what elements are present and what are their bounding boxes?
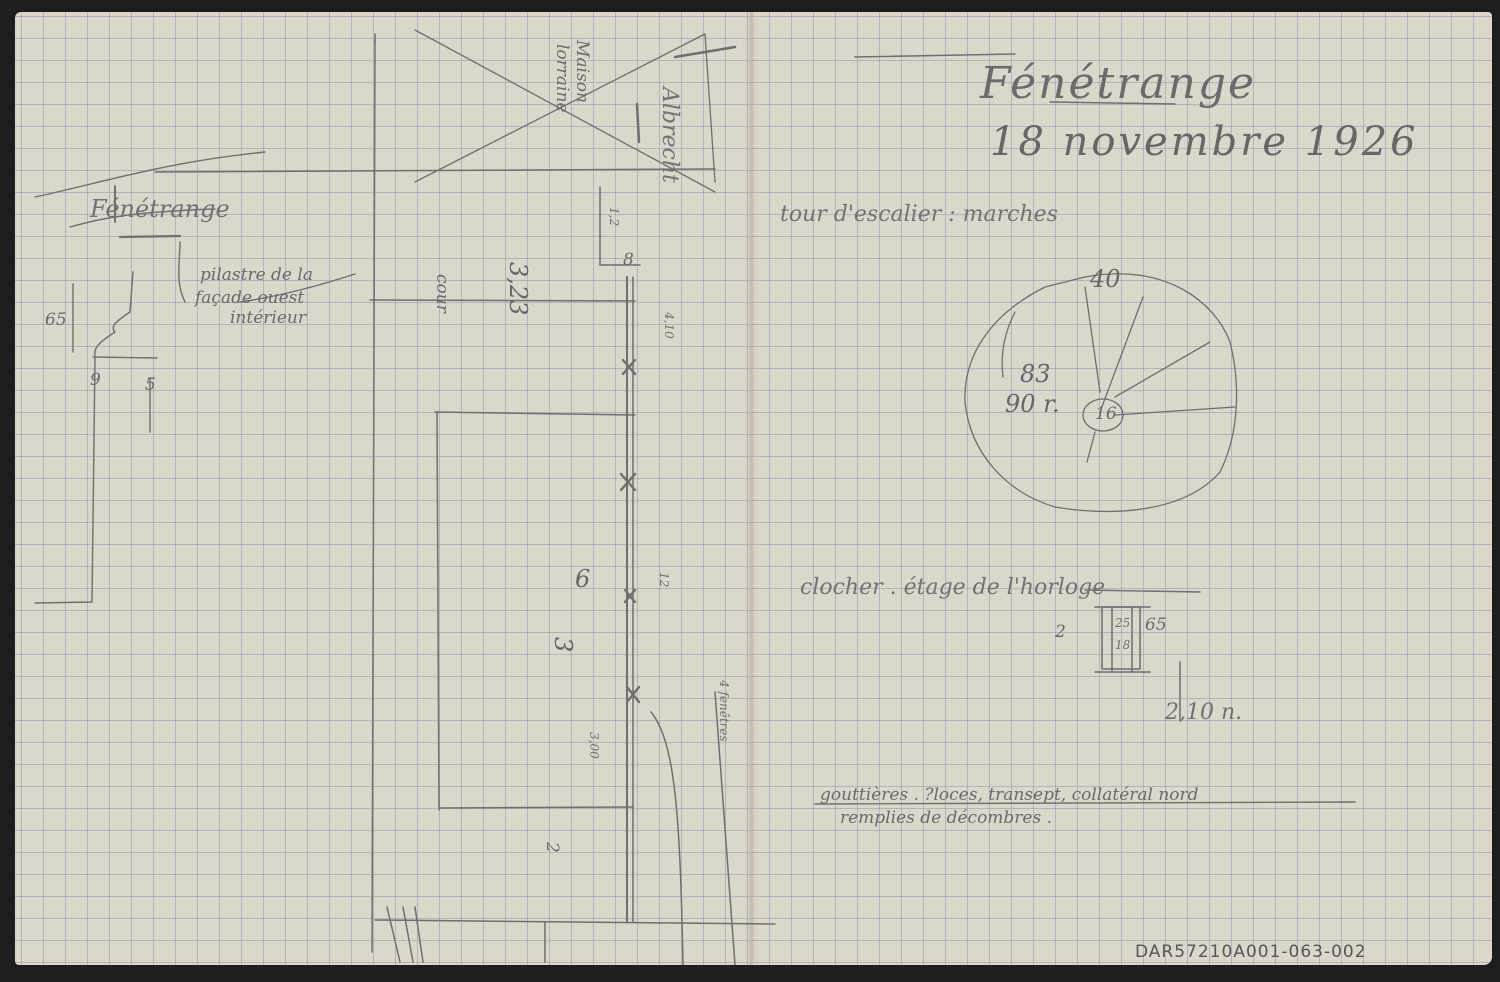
stair-heading: tour d'escalier : marches (780, 204, 1058, 226)
pilaster-note-3: intérieur (230, 310, 306, 327)
plan-label-4-fenetres: 4 fenêtres (718, 680, 730, 742)
plan-dim-12: 12 (658, 572, 670, 587)
stair-label-90r: 90 r. (1005, 392, 1060, 416)
stair-top-label: 40 (1090, 267, 1121, 291)
profile-dim-65: 65 (45, 312, 67, 329)
plan-dim-6: 6 (575, 567, 590, 591)
stair-center-label: 16 (1095, 406, 1117, 423)
crossed-label-albrecht: Albrecht (658, 87, 680, 183)
left-heading: Fénétrange (90, 197, 230, 221)
plan-dim-4-10: 4,10 (663, 312, 675, 339)
clock-left-label: 2 (1055, 624, 1066, 641)
stair-label-83: 83 (1020, 362, 1051, 386)
window-markers (621, 360, 639, 702)
page-date: 18 novembre 1926 (990, 122, 1419, 162)
clock-below-label: 2,10 n. (1165, 702, 1242, 724)
page-title: Fénétrange (980, 62, 1256, 106)
clock-heading: clocher . étage de l'horloge (800, 577, 1105, 599)
clock-inner-label-25: 25 (1115, 617, 1130, 629)
crossed-label-maison: Maison (573, 40, 590, 103)
notebook-spread: Fénétrange 18 novembre 1926 tour d'escal… (15, 12, 1492, 965)
profile-dim-9: 9 (90, 372, 101, 389)
archive-id: DAR57210A001-063-002 (1135, 942, 1367, 962)
right-page-underlines (815, 54, 1355, 804)
note-line-1: gouttières . ?loces, transept, collatéra… (820, 787, 1199, 804)
plan-label-cour: cour (433, 274, 450, 313)
plan-dim-3-00: 3,00 (588, 732, 600, 759)
crossed-label-lorraine: lorraine (553, 44, 570, 113)
profile-dim-5: 5 (145, 377, 156, 394)
note-line-2: remplies de décombres . (840, 810, 1052, 827)
plan-dim-3: 3 (551, 637, 575, 652)
pilaster-note-2: façade ouest (195, 290, 304, 307)
clock-right-label: 65 (1145, 617, 1167, 634)
plan-dim-3-23: 3,23 (506, 262, 530, 315)
plan-dim-2: 2 (543, 842, 560, 853)
clock-inner-label-18: 18 (1115, 639, 1130, 651)
pilaster-note-1: pilastre de la (200, 267, 313, 284)
plan-dim-1-2: 1,2 (608, 207, 620, 226)
plan-dim-8: 8 (623, 252, 634, 269)
